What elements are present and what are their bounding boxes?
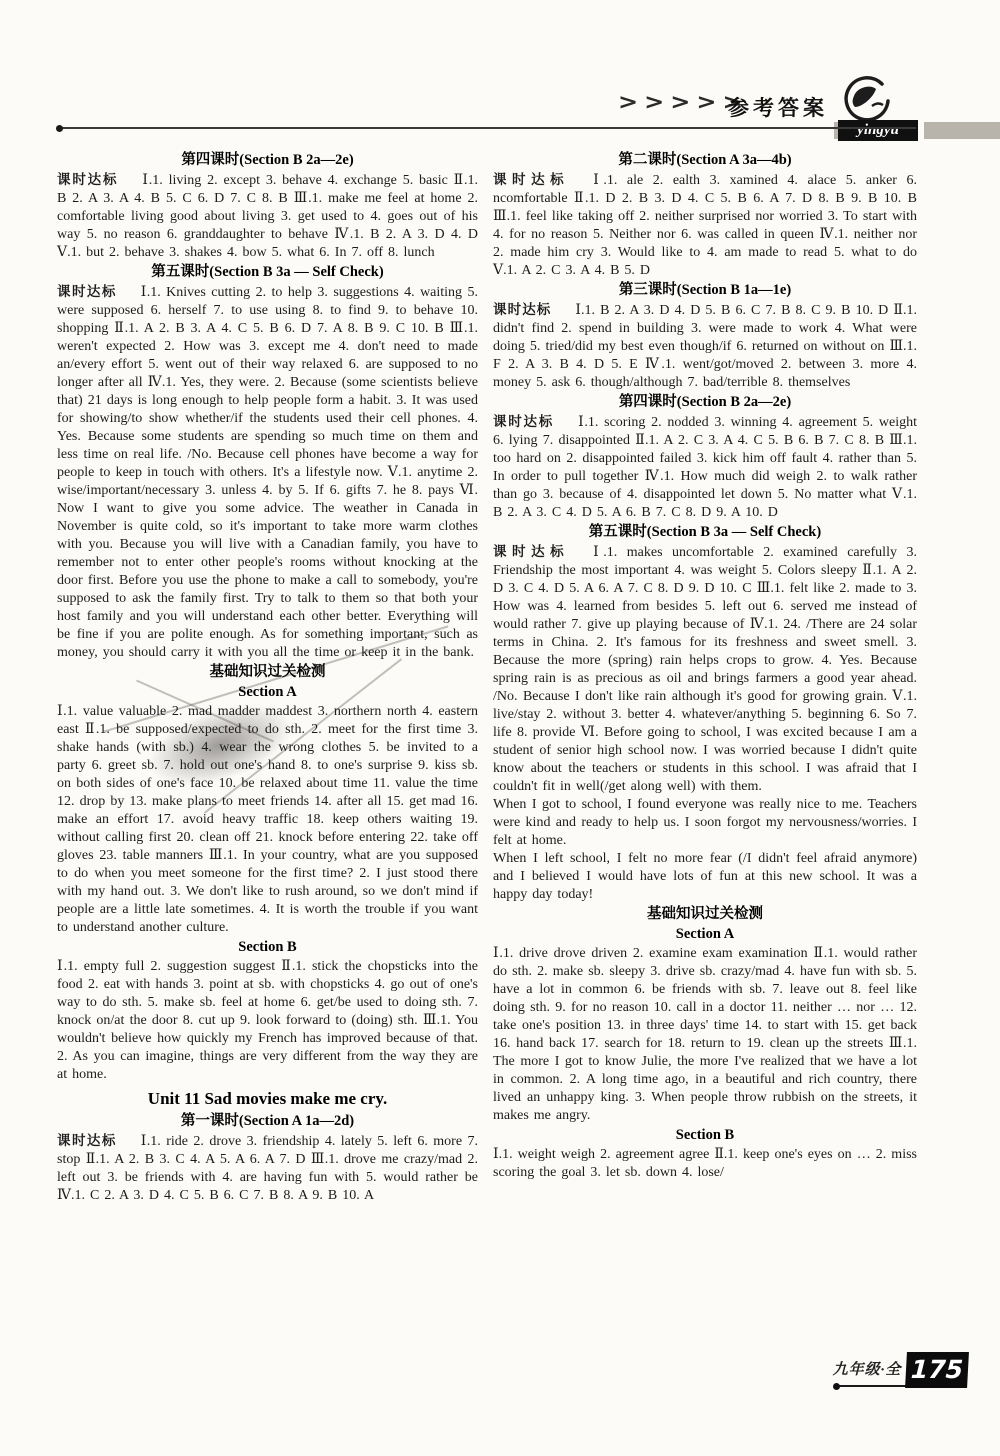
answer-paragraph: 课时达标Ⅰ.1. living 2. except 3. behave 4. e…: [57, 171, 478, 262]
footer-rule-dot: [833, 1383, 840, 1390]
section-heading: 第四课时(Section B 2a—2e): [57, 151, 478, 170]
page-title: 参考答案: [728, 92, 828, 122]
globe-logo-icon: [842, 76, 892, 126]
section-heading: 第二课时(Section A 3a—4b): [493, 151, 917, 170]
section-heading: Section A: [57, 683, 478, 702]
answer-paragraph: 课时达标Ⅰ.1. ride 2. drove 3. friendship 4. …: [57, 1132, 478, 1205]
answer-paragraph: Ⅰ.1. empty full 2. suggestion suggest Ⅱ.…: [57, 958, 478, 1084]
section-heading: 第四课时(Section B 2a—2e): [493, 393, 917, 412]
answer-paragraph: 课时达标Ⅰ.1. ale 2. ealth 3. xamined 4. alac…: [493, 171, 917, 280]
answer-paragraph: Ⅰ.1. drive drove driven 2. examine exam …: [493, 945, 917, 1125]
scanned-answer-page: >>>>> 参考答案 yingyu 第四课时(Section B 2a—2e)课…: [0, 0, 1000, 1456]
paragraph-label: 课时达标: [57, 284, 117, 299]
section-heading: Unit 11 Sad movies make me cry.: [57, 1087, 478, 1111]
paragraph-label: 课时达标: [57, 172, 118, 187]
answer-column-1: 第四课时(Section B 2a—2e)课时达标Ⅰ.1. living 2. …: [57, 150, 478, 1205]
paragraph-label: 课时达标: [493, 172, 569, 187]
answer-paragraph: 课时达标Ⅰ.1. B 2. A 3. D 4. D 5. B 6. C 7. B…: [493, 301, 917, 392]
section-heading: Section A: [493, 925, 917, 944]
section-heading: 第五课时(Section B 3a — Self Check): [493, 523, 917, 542]
answer-paragraph: Ⅰ.1. value valuable 2. mad madder maddes…: [57, 703, 478, 937]
paragraph-label: 课时达标: [57, 1133, 117, 1148]
section-heading: Section B: [57, 938, 478, 957]
section-heading: Section B: [493, 1126, 917, 1145]
answer-column-2: 第二课时(Section A 3a—4b)课时达标Ⅰ.1. ale 2. eal…: [493, 150, 917, 1205]
brand-label: yingyu: [838, 120, 918, 141]
answer-paragraph: When I got to school, I found everyone w…: [493, 796, 917, 850]
header-rule: [58, 127, 916, 129]
paragraph-label: 课时达标: [493, 414, 554, 429]
paragraph-label: 课时达标: [493, 302, 551, 317]
section-heading: 基础知识过关检测: [57, 663, 478, 682]
footer-rule: [836, 1385, 908, 1387]
section-heading: 基础知识过关检测: [493, 905, 917, 924]
section-heading: 第五课时(Section B 3a — Self Check): [57, 263, 478, 282]
page-number-badge: 175: [905, 1352, 969, 1388]
answer-paragraph: 课时达标Ⅰ.1. makes uncomfortable 2. examined…: [493, 543, 917, 796]
rule-dot: [56, 125, 63, 132]
section-heading: 第一课时(Section A 1a—2d): [57, 1112, 478, 1131]
answer-paragraph: 课时达标Ⅰ.1. Knives cutting 2. to help 3. su…: [57, 283, 478, 662]
section-heading: 第三课时(Section B 1a—1e): [493, 281, 917, 300]
answer-paragraph: When I left school, I felt no more fear …: [493, 850, 917, 904]
answer-columns: 第四课时(Section B 2a—2e)课时达标Ⅰ.1. living 2. …: [57, 150, 917, 1205]
grade-label: 九年级·全: [828, 1358, 906, 1379]
paragraph-label: 课时达标: [493, 544, 569, 559]
answer-paragraph: 课时达标Ⅰ.1. scoring 2. nodded 3. winning 4.…: [493, 413, 917, 522]
answer-paragraph: Ⅰ.1. weight weigh 2. agreement agree Ⅱ.1…: [493, 1146, 917, 1182]
